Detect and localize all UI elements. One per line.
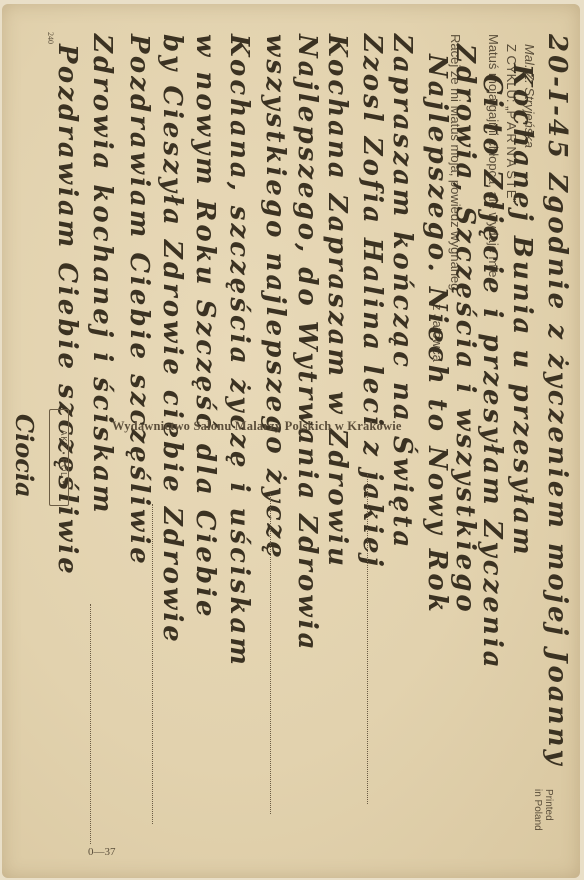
country-label: in Poland <box>532 789 543 831</box>
handwriting-line-1: 20-I-45 Zgodnie z życzeniem mojej Joanny <box>542 34 572 768</box>
handwriting-line-8: Kochana Zapraszam w Zdrowiu <box>322 34 352 569</box>
handwriting-line-6: Zapraszam kończąc na Święta <box>387 34 417 550</box>
handwriting-line-2: Kochanej Bunia u przesyłam <box>507 64 537 558</box>
printed-label: Printed <box>543 789 554 821</box>
handwriting-line-7: Zzosl Zofia Halina leci z jakiej <box>357 34 387 569</box>
handwriting-line-14: Pozdrawiam Ciebie szczęśliwie <box>124 34 154 567</box>
handwriting-line-12: w nowym Roku Szczęść dla Ciebie <box>190 34 220 620</box>
publisher-line: Wydawnictwo Salonu Malarzy Polskich w Kr… <box>112 419 402 434</box>
address-line-1 <box>367 474 368 804</box>
handwriting-line-13: by Cieszyła Zdrowie ciebie Zdrowie <box>157 34 187 645</box>
handwriting-line-15: Zdrowia kochanej i ściskam <box>87 34 117 515</box>
printed-in-poland: Printed in Poland <box>532 789 554 831</box>
address-line-4 <box>90 604 91 844</box>
handwriting-line-4: Zdrowia, Szczęścia i wszystkiego <box>450 44 480 615</box>
address-line-3 <box>152 504 153 824</box>
signature: Ciocia <box>10 414 39 498</box>
handwriting-line-5: Najlepszego. Niech to Nowy Rok <box>422 54 452 615</box>
handwriting-line-11: Kochana, szczęścia życzę i uściskam <box>224 34 254 668</box>
postcard-back: Mal. Z. Stryjeńska Z CYKLU: „P A R N A S… <box>2 4 580 878</box>
stamp-box: AKT • POL • <box>49 409 69 506</box>
small-number: 240 <box>46 32 55 44</box>
handwriting-line-10: wszystkiego najlepszego życzę <box>260 34 290 561</box>
series-code: 0—37 <box>88 846 116 858</box>
handwriting-line-9: Najlepszego, do Wytrwania Zdrowia <box>292 34 322 652</box>
handwriting-line-3: Ci to Zdjęcie i przesyłam Zyczenia <box>477 74 507 671</box>
address-line-2 <box>270 494 271 814</box>
